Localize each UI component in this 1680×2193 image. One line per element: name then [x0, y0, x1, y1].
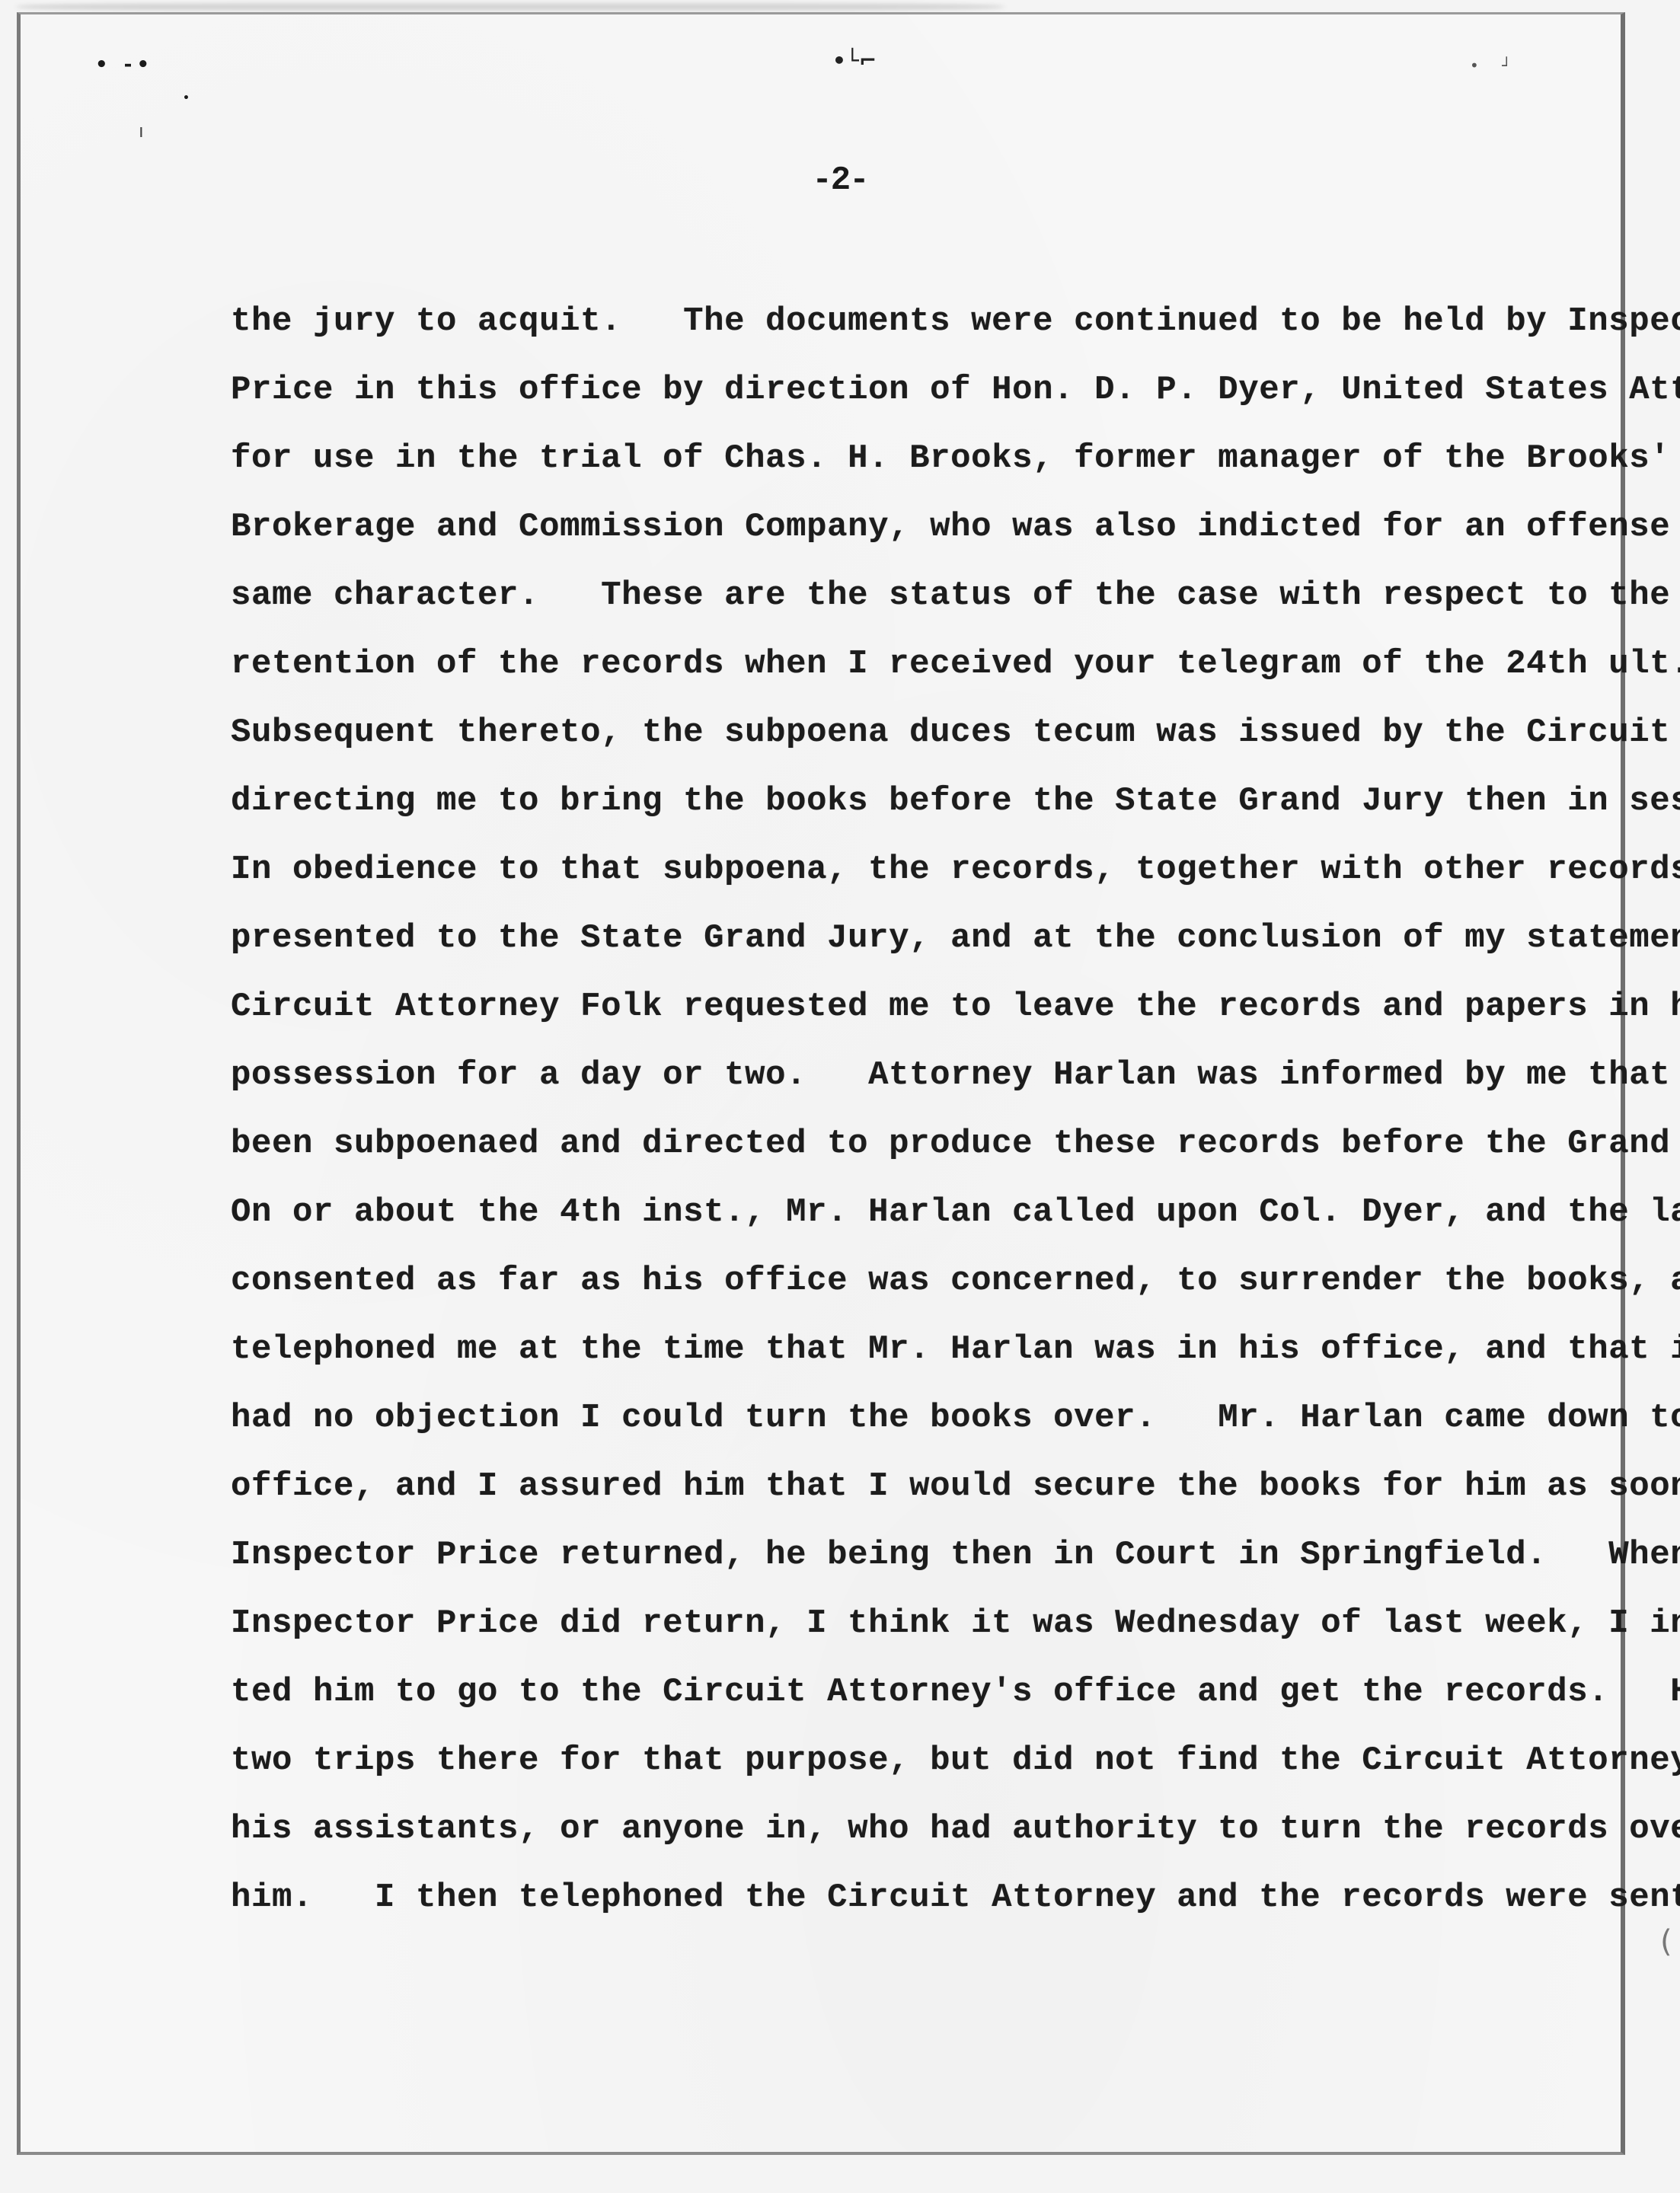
text-line: had no objection I could turn the books …: [231, 1397, 1571, 1465]
text-line: his assistants, or anyone in, who had au…: [231, 1808, 1571, 1876]
margin-tick: ı: [139, 122, 144, 140]
text-line: been subpoenaed and directed to produce …: [231, 1122, 1571, 1191]
margin-mark-top-center: •└⌐: [832, 50, 877, 72]
text-line: Brokerage and Commission Company, who wa…: [231, 506, 1571, 574]
text-line: same character. These are the status of …: [231, 574, 1571, 643]
text-line: Price in this office by direction of Hon…: [231, 369, 1571, 437]
text-line: retention of the records when I received…: [231, 643, 1571, 711]
text-line: possession for a day or two. Attorney Ha…: [231, 1054, 1571, 1122]
margin-mark-top-right: • ┘: [1470, 58, 1520, 73]
text-line: ted him to go to the Circuit Attorney's …: [231, 1671, 1571, 1739]
text-line: Inspector Price did return, I think it w…: [231, 1602, 1571, 1671]
text-line: Circuit Attorney Folk requested me to le…: [231, 985, 1571, 1054]
text-line: On or about the 4th inst., Mr. Harlan ca…: [231, 1191, 1571, 1259]
text-line: Subsequent thereto, the subpoena duces t…: [231, 711, 1571, 780]
text-line: for use in the trial of Chas. H. Brooks,…: [231, 437, 1571, 506]
text-line: office, and I assured him that I would s…: [231, 1465, 1571, 1534]
text-line: Inspector Price returned, he being then …: [231, 1534, 1571, 1602]
margin-mark-right-edge: (: [1660, 1926, 1672, 1957]
page-number: -2-: [0, 161, 1680, 200]
typed-letter-body: the jury to acquit. The documents were c…: [231, 300, 1571, 1945]
scan-shadow: [15, 2, 1005, 12]
margin-mark-top-left: • -•: [95, 55, 154, 75]
text-line: the jury to acquit. The documents were c…: [231, 300, 1571, 369]
text-line: telephoned me at the time that Mr. Harla…: [231, 1328, 1571, 1397]
text-line: In obedience to that subpoena, the recor…: [231, 848, 1571, 917]
text-line: him. I then telephoned the Circuit Attor…: [231, 1876, 1571, 1945]
text-line: two trips there for that purpose, but di…: [231, 1739, 1571, 1808]
text-line: directing me to bring the books before t…: [231, 780, 1571, 848]
margin-dot: •: [183, 93, 190, 104]
text-line: presented to the State Grand Jury, and a…: [231, 917, 1571, 985]
text-line: consented as far as his office was conce…: [231, 1259, 1571, 1328]
